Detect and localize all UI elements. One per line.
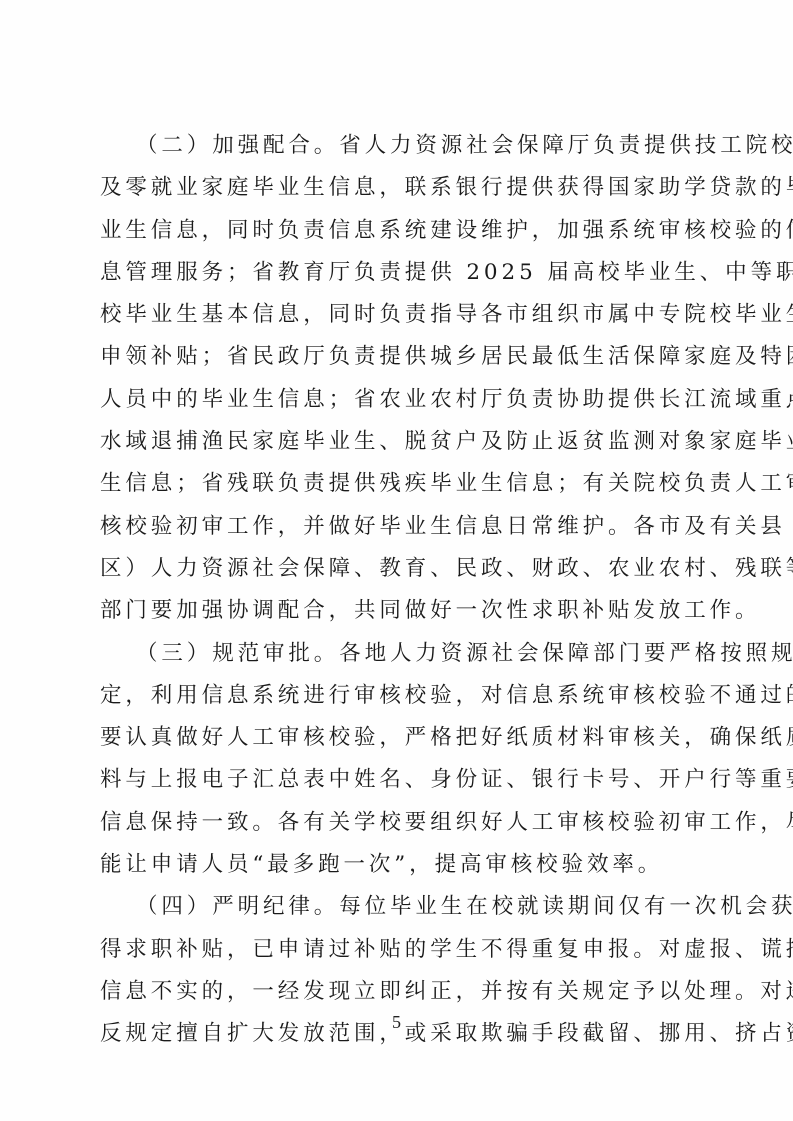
text-line: 信息不实的，一经发现立即纠正，并按有关规定予以处理。对违 — [100, 971, 700, 1013]
page-number: 5 — [0, 1012, 793, 1033]
text-line: 定，利用信息系统进行审核校验，对信息系统审核校验不通过的， — [100, 675, 700, 717]
text-line: 核校验初审工作，并做好毕业生信息日常维护。各市及有关县（市、 — [100, 506, 700, 548]
text-line: 区）人力资源社会保障、教育、民政、财政、农业农村、残联等 — [100, 548, 700, 590]
text-line: 人员中的毕业生信息；省农业农村厅负责协助提供长江流域重点 — [100, 379, 700, 421]
text-line: （二）加强配合。省人力资源社会保障厅负责提供技工院校 — [100, 125, 700, 167]
text-line: （三）规范审批。各地人力资源社会保障部门要严格按照规 — [100, 633, 700, 675]
document-page: （二）加强配合。省人力资源社会保障厅负责提供技工院校 及零就业家庭毕业生信息，联… — [0, 0, 793, 1121]
text-line: 能让申请人员“最多跑一次”，提高审核校验效率。 — [100, 844, 700, 886]
text-line: 息管理服务；省教育厅负责提供 2025 届高校毕业生、中等职业学 — [100, 252, 700, 294]
text-line: 及零就业家庭毕业生信息，联系银行提供获得国家助学贷款的毕 — [100, 167, 700, 209]
text-line: 生信息；省残联负责提供残疾毕业生信息；有关院校负责人工审 — [100, 463, 700, 505]
text-line: 校毕业生基本信息，同时负责指导各市组织市属中专院校毕业生 — [100, 294, 700, 336]
text-line: 料与上报电子汇总表中姓名、身份证、银行卡号、开户行等重要 — [100, 759, 700, 801]
text-line: 部门要加强协调配合，共同做好一次性求职补贴发放工作。 — [100, 590, 700, 632]
body-text: （二）加强配合。省人力资源社会保障厅负责提供技工院校 及零就业家庭毕业生信息，联… — [100, 125, 700, 1056]
text-line: 水域退捕渔民家庭毕业生、脱贫户及防止返贫监测对象家庭毕业 — [100, 421, 700, 463]
text-line: 申领补贴；省民政厅负责提供城乡居民最低生活保障家庭及特困 — [100, 336, 700, 378]
text-line: 信息保持一致。各有关学校要组织好人工审核校验初审工作，尽可 — [100, 802, 700, 844]
text-line: 得求职补贴，已申请过补贴的学生不得重复申报。对虚报、谎报、 — [100, 929, 700, 971]
text-line: （四）严明纪律。每位毕业生在校就读期间仅有一次机会获 — [100, 886, 700, 928]
text-line: 要认真做好人工审核校验，严格把好纸质材料审核关，确保纸质材 — [100, 717, 700, 759]
text-line: 业生信息，同时负责信息系统建设维护，加强系统审核校验的信 — [100, 210, 700, 252]
